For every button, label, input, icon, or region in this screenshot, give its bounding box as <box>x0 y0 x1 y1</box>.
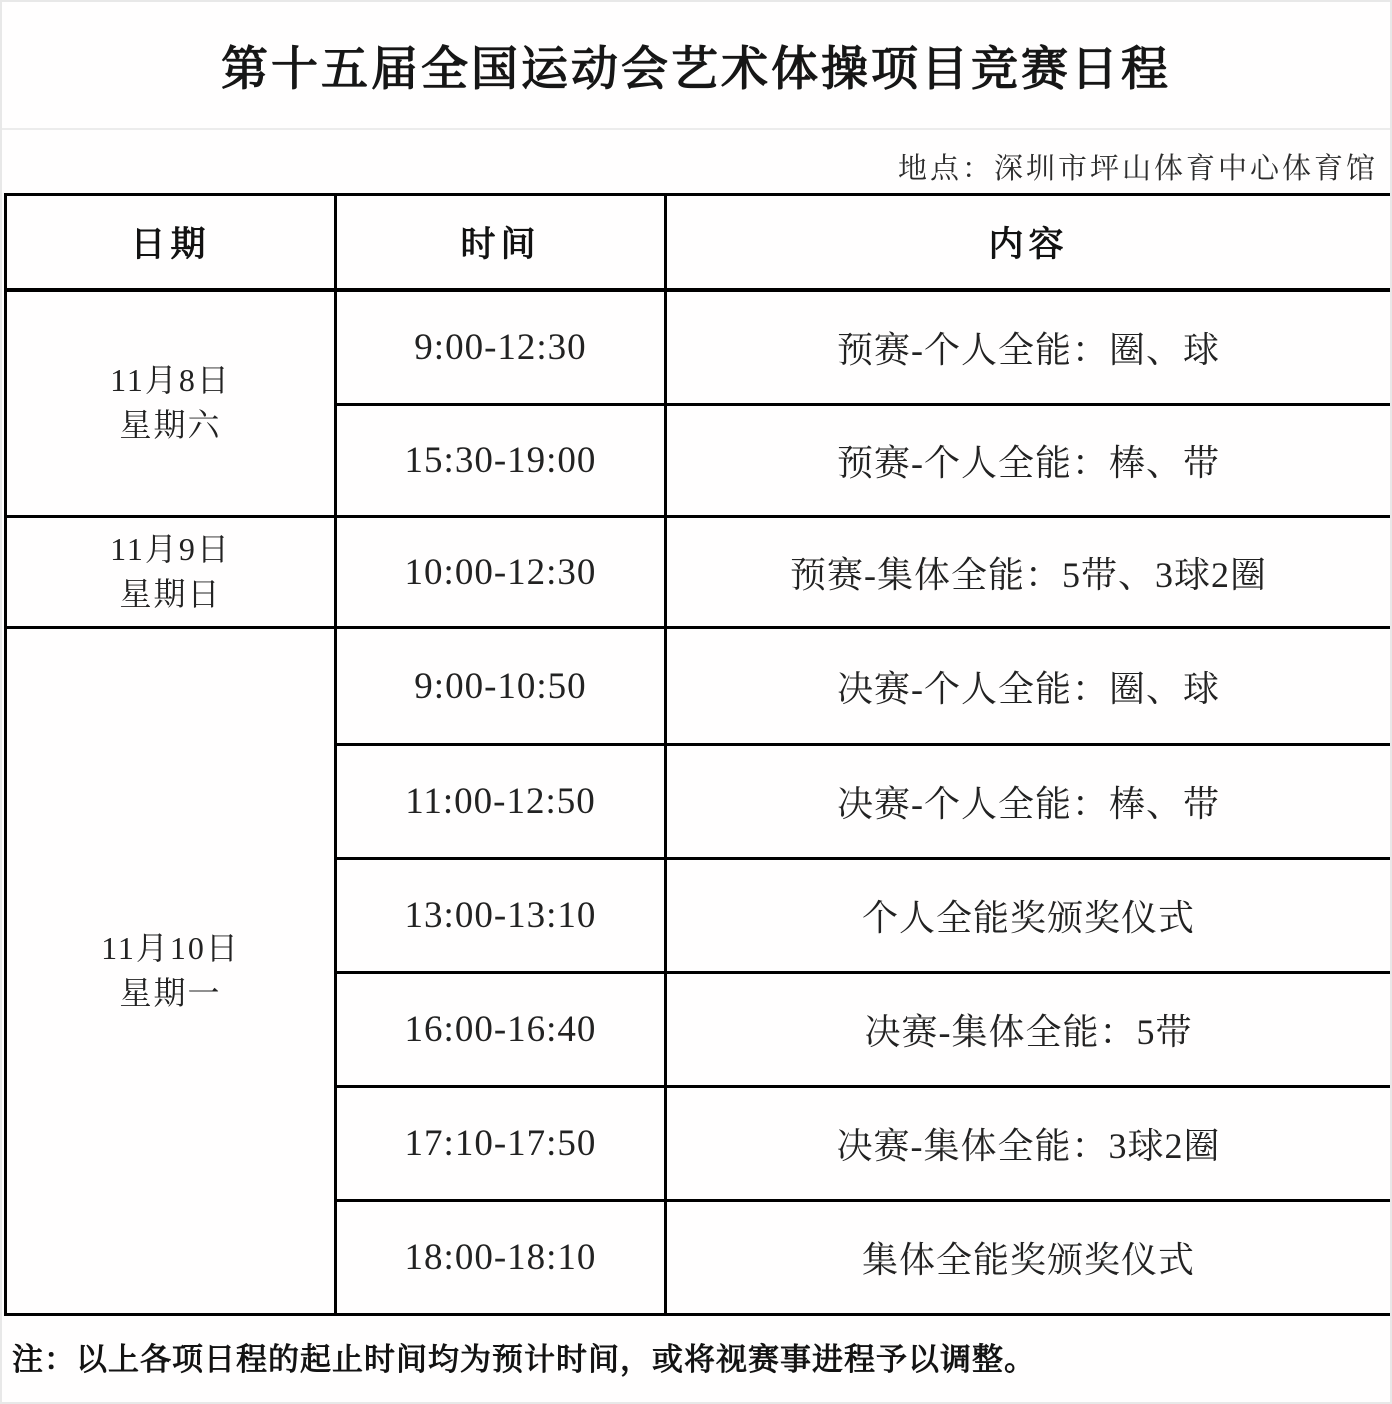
note-block: 注：以上各项日程的起止时间均为预计时间，或将视赛事进程予以调整。 <box>2 1316 1390 1396</box>
time-cell: 9:00-10:50 <box>336 628 666 745</box>
content-cell: 预赛-个人全能：棒、带 <box>666 405 1392 517</box>
table-row: 11月8日 星期六 9:00-12:30 预赛-个人全能：圈、球 <box>6 290 1392 405</box>
date-cell-nov9: 11月9日 星期日 <box>6 517 336 628</box>
time-cell: 10:00-12:30 <box>336 517 666 628</box>
time-cell: 18:00-18:10 <box>336 1201 666 1315</box>
content-cell: 集体全能奖颁奖仪式 <box>666 1201 1392 1315</box>
table-row: 11月9日 星期日 10:00-12:30 预赛-集体全能：5带、3球2圈 <box>6 517 1392 628</box>
content-cell: 决赛-个人全能：棒、带 <box>666 745 1392 859</box>
content-cell: 决赛-个人全能：圈、球 <box>666 628 1392 745</box>
content-cell: 决赛-集体全能：3球2圈 <box>666 1087 1392 1201</box>
header-cell-content: 内容 <box>666 195 1392 290</box>
weekday-text: 星期日 <box>7 572 334 617</box>
content-cell: 个人全能奖颁奖仪式 <box>666 859 1392 973</box>
time-cell: 11:00-12:50 <box>336 745 666 859</box>
footnote-text: 注：以上各项日程的起止时间均为预计时间，或将视赛事进程予以调整。 <box>12 1334 1036 1379</box>
content-cell: 预赛-个人全能：圈、球 <box>666 290 1392 405</box>
schedule-page: 第十五届全国运动会艺术体操项目竞赛日程 地点：深圳市坪山体育中心体育馆 日期 时… <box>0 0 1392 1404</box>
location-block: 地点：深圳市坪山体育中心体育馆 <box>2 130 1390 193</box>
time-cell: 9:00-12:30 <box>336 290 666 405</box>
schedule-table: 日期 时间 内容 11月8日 星期六 9:00-12:30 预赛-个人全能：圈、… <box>4 193 1392 1316</box>
date-text: 11月8日 <box>7 358 334 403</box>
header-cell-time: 时间 <box>336 195 666 290</box>
time-cell: 13:00-13:10 <box>336 859 666 973</box>
content-cell: 决赛-集体全能：5带 <box>666 973 1392 1087</box>
weekday-text: 星期一 <box>7 971 334 1016</box>
header-cell-date: 日期 <box>6 195 336 290</box>
header-row: 日期 时间 内容 <box>6 195 1392 290</box>
time-cell: 16:00-16:40 <box>336 973 666 1087</box>
time-cell: 17:10-17:50 <box>336 1087 666 1201</box>
date-text: 11月10日 <box>7 926 334 971</box>
date-cell-nov10: 11月10日 星期一 <box>6 628 336 1315</box>
page-title: 第十五届全国运动会艺术体操项目竞赛日程 <box>221 32 1171 99</box>
weekday-text: 星期六 <box>7 403 334 448</box>
date-text: 11月9日 <box>7 527 334 572</box>
table-row: 11月10日 星期一 9:00-10:50 决赛-个人全能：圈、球 <box>6 628 1392 745</box>
date-cell-nov8: 11月8日 星期六 <box>6 290 336 517</box>
title-block: 第十五届全国运动会艺术体操项目竞赛日程 <box>2 2 1390 130</box>
venue-text: 地点：深圳市坪山体育中心体育馆 <box>898 146 1378 187</box>
time-cell: 15:30-19:00 <box>336 405 666 517</box>
content-cell: 预赛-集体全能：5带、3球2圈 <box>666 517 1392 628</box>
